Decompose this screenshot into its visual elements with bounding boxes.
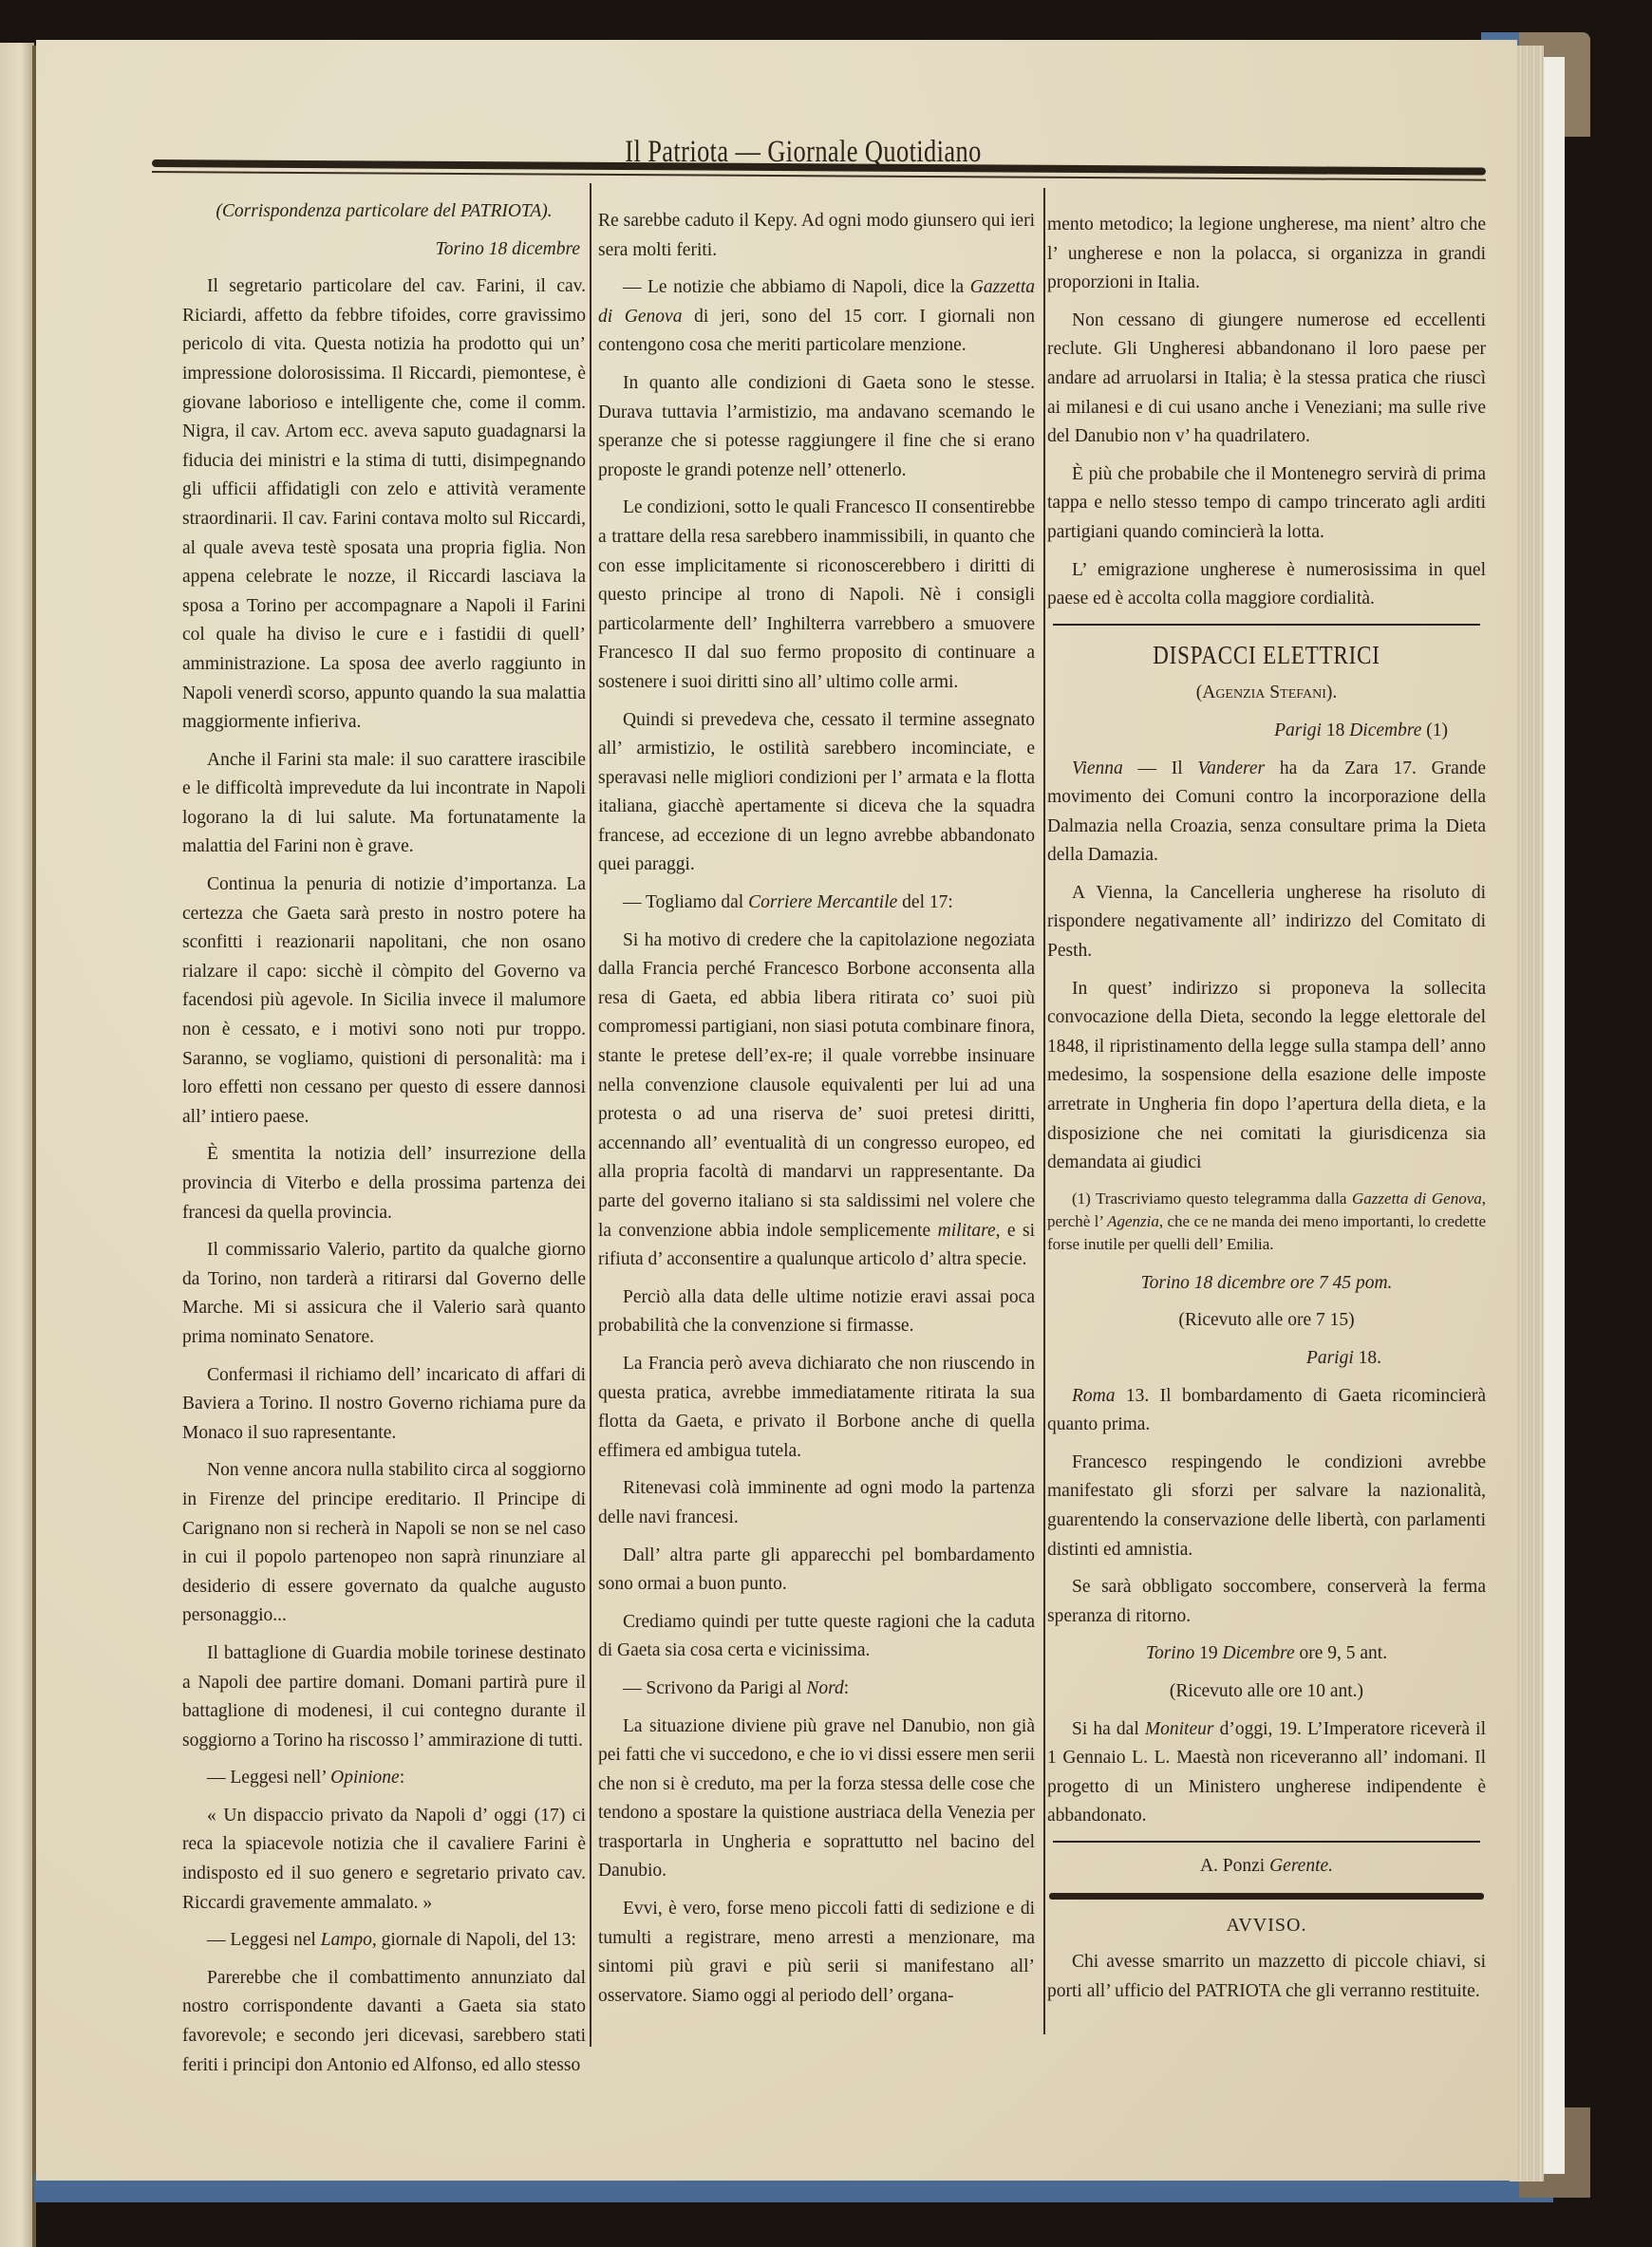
- paragraph: Continua la penuria di notizie d’importa…: [182, 871, 586, 1132]
- paragraph: Perciò alla data delle ultime notizie er…: [598, 1283, 1035, 1341]
- paragraph: Il battaglione di Guardia mobile torines…: [182, 1639, 586, 1755]
- paragraph: Il segretario particolare del cav. Farin…: [182, 272, 586, 738]
- citation-lampo: — Leggesi nel Lampo, giornale di Napoli,…: [182, 1926, 586, 1956]
- dateline: Torino 18 dicembre: [182, 235, 586, 265]
- source-corriere: Corriere Mercantile: [748, 892, 897, 912]
- correspondence-header: (Corrispondenza particolare del PATRIOTA…: [182, 197, 586, 227]
- paragraph: Si ha motivo di credere che la capitolaz…: [598, 927, 1035, 1275]
- paragraph: Se sarà obbligato soccombere, conserverà…: [1047, 1573, 1486, 1631]
- dispatch-origin: Parigi 18.: [1047, 1344, 1486, 1374]
- section-divider: [1053, 624, 1480, 626]
- column-2: Re sarebbe caduto il Kepy. Ad ogni modo …: [598, 207, 1035, 2019]
- paragraph: Dall’ altra parte gli apparecchi pel bom…: [598, 1542, 1035, 1600]
- dispatch-dateline: Torino 18 dicembre ore 7 45 pom.: [1047, 1269, 1486, 1299]
- continuation-paragraph: Re sarebbe caduto il Kepy. Ad ogni modo …: [598, 207, 1035, 265]
- paragraph: Confermasi il richiamo dell’ incaricato …: [182, 1361, 586, 1449]
- citation-gazzetta: — Le notizie che abbiamo di Napoli, dice…: [598, 273, 1035, 361]
- paragraph: Crediamo quindi per tutte queste ragioni…: [598, 1608, 1035, 1666]
- paragraph: È smentita la notizia dell’ insurrezione…: [182, 1140, 586, 1227]
- paragraph: In quest’ indirizzo si proponeva la soll…: [1047, 975, 1486, 1178]
- paragraph: Evvi, è vero, forse meno piccoli fatti d…: [598, 1895, 1035, 2011]
- agency-credit: (Agenzia Stefani).: [1047, 679, 1486, 708]
- paragraph: È più che probabile che il Montenegro se…: [1047, 460, 1486, 548]
- paragraph: Francesco respingendo le condizioni avre…: [1047, 1449, 1486, 1564]
- source-opinione: Opinione: [330, 1768, 400, 1788]
- column-separator-1: [590, 183, 591, 2047]
- citation-corriere: — Togliamo dal Corriere Mercantile del 1…: [598, 889, 1035, 918]
- dispatch-dateline: Parigi 18 Dicembre (1): [1047, 717, 1486, 746]
- paragraph: La Francia però aveva dichiarato che non…: [598, 1350, 1035, 1466]
- column-1: (Corrispondenza particolare del PATRIOTA…: [182, 197, 586, 2088]
- paragraph: Parerebbe che il combattimento annunziat…: [182, 1964, 586, 2080]
- paragraph: Le condizioni, sotto le quali Francesco …: [598, 494, 1035, 697]
- notice-text: Chi avesse smarrito un mazzetto di picco…: [1047, 1948, 1486, 2006]
- source-lampo: Lampo: [321, 1930, 372, 1950]
- dispatch-moniteur: Si ha dal Moniteur d’oggi, 19. L’Imperat…: [1047, 1715, 1486, 1831]
- paragraph: La situazione diviene più grave nel Danu…: [598, 1713, 1035, 1887]
- paragraph: Anche il Farini sta male: il suo caratte…: [182, 746, 586, 862]
- dispatch-roma: Roma 13. Il bombardamento di Gaeta ricom…: [1047, 1382, 1486, 1440]
- section-title-dispacci: DISPACCI ELETTRICI: [1080, 641, 1454, 670]
- citation-opinione: — Leggesi nell’ Opinione:: [182, 1764, 586, 1793]
- column-separator-2: [1043, 188, 1045, 2034]
- paragraph: L’ emigrazione ungherese è numerosissima…: [1047, 556, 1486, 614]
- footnote: (1) Trascriviamo questo telegramma dalla…: [1047, 1188, 1486, 1256]
- paragraph: A Vienna, la Cancelleria ungherese ha ri…: [1047, 879, 1486, 966]
- dispatch-vienna: Vienna — Il Vanderer ha da Zara 17. Gran…: [1047, 755, 1486, 871]
- paragraph: In quanto alle condizioni di Gaeta sono …: [598, 369, 1035, 485]
- dispatch-dateline: Torino 19 Dicembre ore 9, 5 ant.: [1047, 1639, 1486, 1669]
- paragraph: Non cessano di giungere numerose ed ecce…: [1047, 307, 1486, 452]
- received-time: (Ricevuto alle ore 10 ant.): [1047, 1677, 1486, 1707]
- citation-nord: — Scrivono da Parigi al Nord:: [598, 1675, 1035, 1704]
- paragraph: Il commissario Valerio, partito da qualc…: [182, 1236, 586, 1352]
- quoted-dispatch: « Un dispaccio privato da Napoli d’ oggi…: [182, 1802, 586, 1918]
- continuation-paragraph: mento metodico; la legione ungherese, ma…: [1047, 211, 1486, 298]
- column-3: mento metodico; la legione ungherese, ma…: [1047, 211, 1486, 2014]
- notice-title: AVVISO.: [1047, 1911, 1486, 1940]
- signature-divider: [1053, 1841, 1480, 1843]
- paragraph: Non venne ancora nulla stabilito circa a…: [182, 1456, 586, 1631]
- paragraph: Quindi si prevedeva che, cessato il term…: [598, 706, 1035, 881]
- notice-divider: [1049, 1893, 1484, 1900]
- paragraph: Ritenevasi colà imminente ad ogni modo l…: [598, 1474, 1035, 1532]
- signature: A. Ponzi Gerente.: [1047, 1852, 1486, 1882]
- received-time: (Ricevuto alle ore 7 15): [1047, 1306, 1486, 1336]
- source-nord: Nord: [806, 1678, 843, 1698]
- facing-left-page: [0, 43, 34, 2247]
